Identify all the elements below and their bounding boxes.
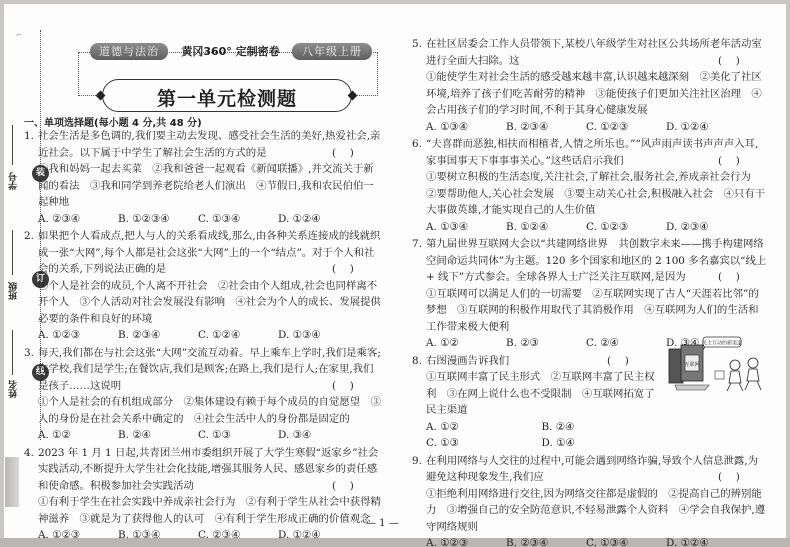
question-5: 5.在社区居委会工作人员带领下,某校八年级学生对社区公共场所老年活动室进行全面大… bbox=[412, 36, 768, 135]
choice-b: B. ②③ bbox=[506, 335, 586, 352]
choice-b: B. ①②④ bbox=[506, 219, 586, 236]
choice-d: D. ①②④ bbox=[278, 527, 358, 544]
democracy-cartoon-illustration: 民主互动的新渠道 互联网 bbox=[665, 335, 765, 397]
answer-blank: ( ) bbox=[732, 53, 768, 70]
choice-a: A. ①②③ bbox=[38, 327, 118, 344]
question-3: 3.每天,我们都在与社会这张“大网”交流互动着。早上乘车上学时,我们是乘客;在学… bbox=[24, 345, 382, 444]
series-header: 道德与法治 黄冈360° 定制密卷 八年级上册 bbox=[70, 43, 390, 61]
cartoon-screen-text: 互联网 bbox=[684, 361, 699, 368]
choice-d: D. ②③④ bbox=[666, 219, 746, 236]
student-id-line bbox=[12, 125, 13, 165]
choice-row: A. ①③④ B. ②③④ C. ①②③ D. ①②④ bbox=[412, 119, 768, 136]
choice-a: A. ①③④ bbox=[426, 119, 506, 136]
choice-b: B. ②④ bbox=[118, 427, 198, 444]
choice-a: A. ①② bbox=[38, 427, 118, 444]
answer-blank: ( ) bbox=[732, 153, 768, 170]
question-stem: 右图漫画告诉我们 bbox=[426, 355, 509, 367]
choice-c: C. ①②③ bbox=[586, 219, 666, 236]
question-8: 8.右图漫画告诉我们( ) ①互联网丰富了民主形式 ②互联网丰富了民主权利 ③在… bbox=[412, 353, 657, 452]
question-stem: 在利用网络与人交往的过程中,可能会遇到网络诈骗,导致个人信息泄露,为避免这种现象… bbox=[426, 455, 758, 484]
choice-a: A. ①② bbox=[426, 335, 506, 352]
choice-row: A. ①②③ B. ①③④ C. ②③④ D. ①②④ bbox=[24, 527, 382, 544]
choice-row: C. ①③ D. ①④ bbox=[412, 435, 657, 452]
choice-b: B. ②③④ bbox=[506, 119, 586, 136]
class-line bbox=[12, 230, 13, 275]
statements: ①要树立积极的生活态度,关注社会,了解社会,服务社会,养成亲社会行为 ②要帮助他… bbox=[412, 169, 768, 219]
dotted-connector-left bbox=[78, 95, 98, 96]
statements: ①个人是社会的成员,个人离不开社会 ②社会由个人组成,社会也同样离不开个人 ③个… bbox=[24, 278, 382, 328]
answer-blank: ( ) bbox=[346, 478, 382, 495]
right-column: 5.在社区居委会工作人员带领下,某校八年级学生对社区公共场所老年活动室进行全面大… bbox=[412, 36, 768, 547]
answer-blank: ( ) bbox=[346, 145, 382, 162]
statements: ①互联网丰富了民主形式 ②互联网丰富了民主权利 ③在网上说什么也不受限制 ④互联… bbox=[412, 369, 657, 419]
question-number: 9. bbox=[412, 453, 426, 470]
question-stem: 第九届世界互联网大会以“共建网络世界 共创数字未来——携手构建网络空间命运共同体… bbox=[426, 238, 766, 283]
choice-row: A. ①②③ B. ②③④ C. ①②④ D. ①③④ bbox=[24, 327, 382, 344]
choice-b: B. ①③④ bbox=[118, 527, 198, 544]
choice-row: A. ②③④ B. ①②③④ C. ①③④ D. ①②④ bbox=[24, 211, 382, 228]
question-number: 4. bbox=[24, 445, 38, 462]
subject-pill: 道德与法治 bbox=[90, 43, 168, 60]
question-stem: 每天,我们都在与社会这张“大网”交流互动着。早上乘车上学时,我们是乘客;在学校,… bbox=[38, 347, 381, 392]
question-number: 2. bbox=[24, 228, 38, 245]
unit-title: 第一单元检测题 bbox=[102, 84, 352, 111]
question-6: 6.“夫喜群而恶独,相扶而相植者,人情之所乐也。”“风声雨声读书声声声入耳,家事… bbox=[412, 136, 768, 235]
cartoon-caption: 民主互动的新渠道 bbox=[702, 340, 742, 347]
dotted-connector-right bbox=[356, 95, 378, 96]
question-number: 8. bbox=[412, 353, 426, 370]
choice-b: B. ②④ bbox=[542, 419, 658, 436]
question-stem: 在社区居委会工作人员带领下,某校八年级学生对社区公共场所老年活动室进行全面大扫除… bbox=[426, 38, 762, 67]
question-stem: 社会生活是多色调的,我们要主动去发现、感受社会生活的美好,热爱社会,亲近社会。以… bbox=[38, 130, 380, 159]
choice-b: B. ②③④ bbox=[506, 535, 586, 547]
choice-c: C. ②④ bbox=[586, 335, 666, 352]
choice-d: D. ①②④ bbox=[666, 535, 746, 547]
statements: ①互联网可以满足人们的一切需要 ②互联网实现了古人“天涯若比邻”的梦想 ③互联网… bbox=[412, 286, 768, 336]
choice-a: A. ①②③ bbox=[38, 527, 118, 544]
question-stem: 如果把个人看成点,把人与人的关系看成线,那么,由各种关系连接成的线就织成一张“大… bbox=[38, 230, 380, 275]
choice-d: D. ①②④ bbox=[666, 119, 746, 136]
choice-row: A. ①② B. ②④ bbox=[412, 419, 657, 436]
choice-a: A. ①② bbox=[426, 419, 542, 436]
question-2: 2.如果把个人看成点,把人与人的关系看成线,那么,由各种关系连接成的线就织成一张… bbox=[24, 228, 382, 344]
left-column: 1.社会生活是多色调的,我们要主动去发现、感受社会生活的美好,热爱社会,亲近社会… bbox=[24, 128, 382, 545]
choice-a: A. ①②③ bbox=[426, 535, 506, 547]
scan-edge-bar bbox=[5, 457, 19, 507]
choice-a: A. ①③④ bbox=[426, 219, 506, 236]
choice-d: D. ③④ bbox=[278, 427, 358, 444]
question-number: 1. bbox=[24, 128, 38, 145]
statements: ①拒绝利用网络进行交往,因为网络交往都是虚假的 ②提高自己的辨别能力 ③增强自己… bbox=[412, 486, 768, 536]
choice-c: C. ①③ bbox=[426, 435, 542, 452]
question-number: 5. bbox=[412, 36, 426, 53]
question-1: 1.社会生活是多色调的,我们要主动去发现、感受社会生活的美好,热爱社会,亲近社会… bbox=[24, 128, 382, 227]
answer-blank: ( ) bbox=[346, 378, 382, 395]
question-9: 9.在利用网络与人交往的过程中,可能会遇到网络诈骗,导致个人信息泄露,为避免这种… bbox=[412, 453, 768, 547]
grade-pill: 八年级上册 bbox=[292, 43, 372, 60]
choice-row: A. ①②③ B. ②③④ C. ①③④ D. ①②④ bbox=[412, 535, 768, 547]
question-stem: 2023 年 1 月 1 日起,共青团兰州市委组织开展了大学生寒假“返家乡”社会… bbox=[38, 447, 378, 492]
page-number: — 1 — bbox=[366, 518, 399, 529]
choice-c: C. ②③④ bbox=[198, 527, 278, 544]
name-line bbox=[12, 330, 13, 375]
corner-mark: ⌐ bbox=[16, 31, 22, 39]
statements: ①能使学生对社会生活的感受越来越丰富,认识越来越深刻 ②美化了社区环境,培养了孩… bbox=[412, 69, 768, 119]
answer-blank: ( ) bbox=[732, 469, 768, 486]
choice-b: B. ①②③④ bbox=[118, 211, 198, 228]
question-4: 4.2023 年 1 月 1 日起,共青团兰州市委组织开展了大学生寒假“返家乡”… bbox=[24, 445, 382, 544]
choice-c: C. ①②④ bbox=[198, 327, 278, 344]
statements: ①个人是社会的有机组成部分 ②集体建设有赖于每个成员的自觉愿望 ③人的身份是在社… bbox=[24, 394, 382, 427]
question-number: 7. bbox=[412, 236, 426, 253]
choice-row: A. ①③④ B. ①②④ C. ①②③ D. ②③④ bbox=[412, 219, 768, 236]
answer-blank: ( ) bbox=[346, 261, 382, 278]
question-number: 3. bbox=[24, 345, 38, 362]
statements: ①我和妈妈一起去买菜 ②我和爸爸一起观看《新闻联播》,并交流关于新闻的看法 ③我… bbox=[24, 161, 382, 211]
answer-blank: ( ) bbox=[621, 353, 657, 370]
choice-a: A. ②③④ bbox=[38, 211, 118, 228]
question-number: 6. bbox=[412, 136, 426, 153]
choice-c: C. ①②③ bbox=[586, 119, 666, 136]
choice-d: D. ①③④ bbox=[278, 327, 358, 344]
choice-b: B. ②③④ bbox=[118, 327, 198, 344]
choice-d: D. ①④ bbox=[542, 435, 658, 452]
question-stem: “夫喜群而恶独,相扶而相植者,人情之所乐也。”“风声雨声读书声声声入耳,家事国事… bbox=[426, 138, 758, 167]
choice-c: C. ①③ bbox=[198, 427, 278, 444]
name-label: 姓名 bbox=[7, 380, 21, 398]
answer-blank: ( ) bbox=[732, 269, 768, 286]
student-id-label: 学号 bbox=[7, 172, 21, 190]
brand-name: 黄冈360° 定制密卷 bbox=[173, 43, 288, 60]
choice-row: A. ①② B. ②④ C. ①③ D. ③④ bbox=[24, 427, 382, 444]
class-label: 班级 bbox=[7, 282, 21, 300]
choice-c: C. ①③④ bbox=[198, 211, 278, 228]
choice-d: D. ①②④ bbox=[278, 211, 358, 228]
choice-c: C. ①③④ bbox=[586, 535, 666, 547]
statements: ①有利于学生在社会实践中养成亲社会行为 ②有利于学生从社会中获得精神滋养 ③就是… bbox=[24, 494, 382, 527]
section-heading: 一、单项选择题(每小题 4 分,共 48 分) bbox=[24, 114, 202, 129]
